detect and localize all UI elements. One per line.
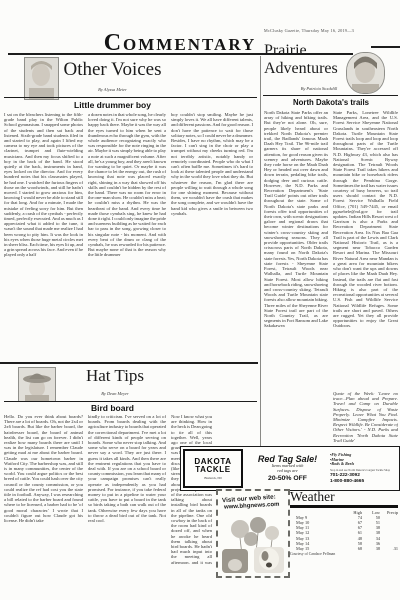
weather-low: 38 — [362, 546, 380, 551]
balloons-and-dogs-graphic — [220, 515, 286, 573]
hat-tips-rule-bottom — [4, 401, 257, 402]
other-voices-rule — [4, 97, 257, 98]
trails-column-1: North Dakota State Parks offer an array … — [264, 110, 328, 444]
drummer-headline: Little drummer boy — [0, 100, 225, 110]
prairie-title-line2: Adventures — [264, 60, 338, 77]
weather-high: 68 — [344, 546, 362, 551]
bullet-rods-reels: •Rods & Reels — [330, 462, 396, 467]
column-divider-rule — [260, 56, 261, 448]
discount-text: 20-50% OFF — [268, 475, 307, 482]
bird-board-headline: Bird board — [0, 403, 225, 413]
bhgnews-web-ad: Visit our web site: www.bhgnews.com — [216, 489, 290, 578]
quote-of-the-week: Quote of the Week: 'Leave no trace...Pla… — [333, 391, 398, 445]
weather-table: High Low Precip May 9 74 50 May 10 67 51… — [290, 510, 398, 552]
red-tag-sale-block: Red Tag Sale! Items marked with red tags… — [245, 447, 330, 490]
balloon-icon — [265, 526, 279, 540]
weather-date: May 15 — [290, 546, 344, 551]
store-name-line2: TACKLE — [195, 466, 230, 475]
weather-rule — [290, 505, 398, 508]
hat-tips-title: Hat Tips — [0, 366, 230, 386]
phone-tollfree: 1-800-880-4665 — [330, 479, 396, 484]
hat-tips-rule-top — [0, 362, 258, 364]
top-right-rule — [371, 46, 400, 48]
weather-title: Weather — [290, 490, 398, 504]
weather-section: Weather High Low Precip May 9 74 50 May … — [290, 490, 398, 556]
store-address: Bismarck, ND — [204, 476, 221, 480]
sale-subtext-2: red tags are — [277, 469, 297, 474]
bird-board-column-2: kindly to criticism. I've served on a lo… — [88, 414, 166, 564]
prairie-rule — [263, 95, 398, 96]
dakota-tackle-logo: DAKOTA TACKLE Bismarck, ND — [183, 449, 243, 488]
hat-tips-byline: By Dean Meyer — [0, 391, 230, 396]
balloon-icon — [250, 517, 266, 533]
other-voices-title: Other Voices — [0, 59, 225, 81]
prairie-byline: By Patricia Stockdill — [264, 86, 374, 91]
drummer-column-2: a dozen notes in that whole song, he cle… — [88, 112, 166, 344]
dakota-tackle-ad: DAKOTA TACKLE Bismarck, ND Red Tag Sale!… — [180, 446, 400, 491]
other-voices-byline: By Alyssa Meier — [0, 87, 225, 92]
trails-headline: North Dakota's trails — [262, 98, 400, 107]
prairie-title-line1: Prairie — [264, 42, 307, 59]
tackle-tagline: Stop in and see North Dakota's Largest T… — [330, 469, 396, 472]
weather-precip: .31 — [380, 546, 398, 551]
drummer-column-3: boy couldn't stop smiling. Maybe he just… — [171, 112, 253, 344]
weather-credit: Courtesy of Candace Pellman — [290, 552, 398, 556]
weather-row: May 15 68 38 .31 — [290, 546, 398, 551]
bird-board-column-1: Hello. Do you ever think about boards? T… — [4, 414, 83, 564]
drummer-column-1: I sat on the bleachers listening to the … — [4, 112, 83, 344]
tackle-contact-block: •Fly Fishing •Marine •Rods & Reels Stop … — [330, 447, 399, 490]
trails-column-2: State Parks, Lonetree Wildlife Managemen… — [333, 110, 398, 390]
newspaper-page: McClusky Gazette, Thursday May 16, 2019—… — [0, 0, 400, 600]
balloon-icon — [244, 532, 258, 546]
